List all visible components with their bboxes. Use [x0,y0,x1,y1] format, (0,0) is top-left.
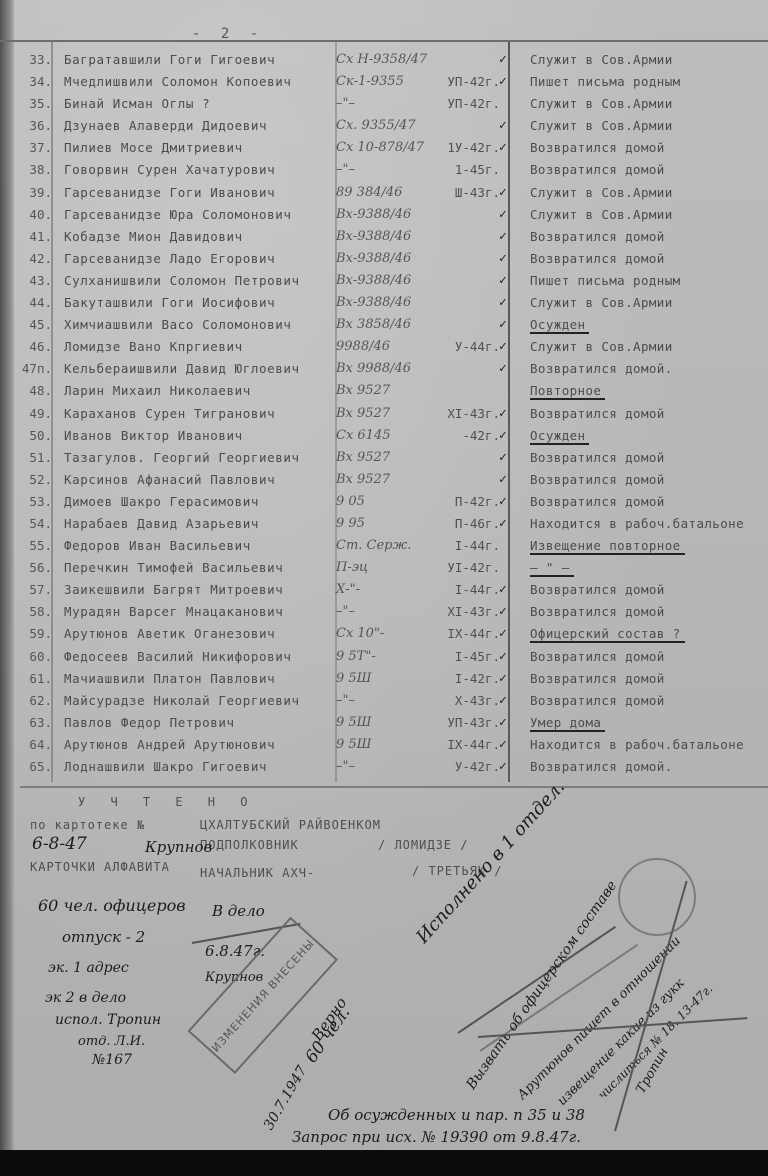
table-row: 39.Гарсеванидзе Гоги Иванович89 384/46Ш-… [0,185,768,207]
note-line-1: 60 чел. офицеров [38,896,186,915]
person-status: Повторное [530,383,605,400]
check-mark-icon: ✓ [499,339,507,354]
handwritten-reference: 9 5Т"- [336,649,376,664]
handwritten-reference: 9 5Ш [336,737,372,752]
check-mark-icon: ✓ [499,450,507,465]
record-date: П-46г. [418,516,500,531]
person-status: Служит в Сов.Армии [530,52,673,67]
check-mark-icon: ✓ [499,52,507,67]
person-name: Ларин Михаил Николаевич [64,383,251,398]
record-date: УП-43г. [418,715,500,730]
person-status: Служит в Сов.Армии [530,185,673,200]
handwritten-reference: –"– [336,96,355,111]
person-name: Майсурадзе Николай Георгиевич [64,693,300,708]
person-status: Извещение повторное [530,538,685,555]
check-mark-icon: ✓ [499,737,507,752]
table-row: 57.Заикешвили Багрят МитроевичХ-"-I-44г.… [0,582,768,604]
table-row: 52.Карсинов Афанасий ПавловичВх 9527✓Воз… [0,472,768,494]
row-number: 57. [18,582,52,597]
handwritten-reference: –"– [336,604,355,619]
check-mark-icon: ✓ [499,582,507,597]
person-name: Караханов Сурен Тигранович [64,406,275,421]
person-status: Возвратился домой [530,406,665,421]
person-status: Пишет письма родным [530,273,681,288]
person-name: Говорвин Сурен Хачатурович [64,162,275,177]
handwritten-date: 6-8-47 [32,834,87,854]
record-date: IХ-44г. [418,626,500,641]
ispolneno-note: Исполнено в 1 отдел. [412,777,569,948]
note-line-4: эк 2 в дело [45,990,126,1006]
handwritten-reference: Ст. Серж. [336,538,411,553]
table-row: 43.Сулханишвили Соломон ПетровичВх-9388/… [0,273,768,295]
table-row: 44.Бакуташвили Гоги ИосифовичВх-9388/46✓… [0,295,768,317]
row-number: 54. [18,516,52,531]
person-status: Возвратился домой [530,604,665,619]
person-name: Заикешвили Багрят Митроевич [64,582,283,597]
row-number: 64. [18,737,52,752]
person-status: Осужден [530,317,589,334]
person-name: Федоров Иван Васильевич [64,538,251,553]
row-number: 59. [18,626,52,641]
person-name: Перечкин Тимофей Васильевич [64,560,283,575]
check-mark-icon: ✓ [499,626,507,641]
row-number: 51. [18,450,52,465]
person-name: Кельбераишвили Давид Юглоевич [64,361,300,376]
handwritten-reference: –"– [336,759,355,774]
check-mark-icon: ✓ [499,185,507,200]
round-stamp [618,858,696,936]
table-top-rule [0,40,768,42]
handwritten-reference: Ск-1-9355 [336,74,404,89]
handwritten-reference: –"– [336,693,355,708]
handwritten-reference: Х-"- [336,582,360,597]
v-delo-note: В дело [212,902,265,920]
person-name: Багратавшили Гоги Гигоевич [64,52,275,67]
check-mark-icon: ✓ [499,671,507,686]
row-number: 37. [18,140,52,155]
note-line-2: отпуск - 2 [62,928,145,946]
person-name: Бинай Исман Оглы ? [64,96,210,111]
person-status: Умер дома [530,715,605,732]
person-status: – " – [530,560,574,577]
person-status: Возвратился домой. [530,759,673,774]
row-number: 46. [18,339,52,354]
record-date: УП-42г. [418,96,500,111]
check-mark-icon: ✓ [499,361,507,376]
person-name: Лоднашвили Шакро Гигоевич [64,759,267,774]
table-row: 38.Говорвин Сурен Хачатурович–"–1-45г.Во… [0,162,768,184]
table-row: 63.Павлов Федор Петрович9 5ШУП-43г.✓Умер… [0,715,768,737]
row-number: 60. [18,649,52,664]
handwritten-reference: Вх 3858/46 [336,317,411,332]
record-date: Х-43г. [418,693,500,708]
check-mark-icon: ✓ [499,118,507,133]
row-number: 52. [18,472,52,487]
row-number: 35. [18,96,52,111]
table-row: 61.Мачиашвили Платон Павлович9 5ШI-42г.✓… [0,671,768,693]
check-mark-icon: ✓ [499,604,507,619]
handwritten-reference: П-эц [336,560,368,575]
handwritten-reference: Вх 9527 [336,383,390,398]
note-line-5: испол. Тропин [55,1012,161,1028]
person-status: Возвратился домой. [530,361,673,376]
check-mark-icon: ✓ [499,472,507,487]
row-number: 62. [18,693,52,708]
person-status: Пишет письма родным [530,74,681,89]
row-number: 65. [18,759,52,774]
table-row: 37.Пилиев Мосе ДмитриевичСх 10-878/471У-… [0,140,768,162]
row-number: 50. [18,428,52,443]
row-number: 40. [18,207,52,222]
person-status: Возвратился домой [530,494,665,509]
person-status: Служит в Сов.Армии [530,295,673,310]
person-name: Нарабаев Давид Азарьевич [64,516,259,531]
row-number: 63. [18,715,52,730]
table-row: 65.Лоднашвили Шакро Гигоевич–"–У-42г.✓Во… [0,759,768,781]
person-name: Гарсеванидзе Гоги Иванович [64,185,275,200]
handwritten-signature: Крупнов [145,838,212,856]
table-row: 34.Мчедлишвили Соломон КопоевичСк-1-9355… [0,74,768,96]
check-mark-icon: ✓ [499,295,507,310]
person-status: Возвратился домой [530,251,665,266]
row-number: 34. [18,74,52,89]
table-row: 35.Бинай Исман Оглы ?–"–УП-42г.Служит в … [0,96,768,118]
handwritten-reference: Вх-9388/46 [336,295,411,310]
row-number: 48. [18,383,52,398]
person-status: Офицерский состав ? [530,626,685,643]
table-row: 42.Гарсеванидзе Ладо ЕгоровичВх-9388/46✓… [0,251,768,273]
person-status: Осужден [530,428,589,445]
person-name: Кобадзе Мион Давидович [64,229,243,244]
person-name: Химчиашвили Васо Соломонович [64,317,292,332]
person-name: Дзунаев Алаверди Дидоевич [64,118,267,133]
person-name: Павлов Федор Петрович [64,715,235,730]
handwritten-reference: 89 384/46 [336,185,402,200]
note-line-3: эк. 1 адрес [48,960,129,976]
handwritten-reference: Сх 6145 [336,428,391,443]
record-date: 1-45г. [418,162,500,177]
table-row: 56.Перечкин Тимофей ВасильевичП-эцУI-42г… [0,560,768,582]
person-name: Сулханишвили Соломон Петрович [64,273,300,288]
record-date: 1У-42г. [418,140,500,155]
person-status: Служит в Сов.Армии [530,96,673,111]
row-number: 58. [18,604,52,619]
person-status: Возвратился домой [530,140,665,155]
person-name: Бакуташвили Гоги Иосифович [64,295,275,310]
table-row: 49.Караханов Сурен ТиграновичВх 9527ХI-4… [0,406,768,428]
table-row: 40.Гарсеванидзе Юра СоломоновичВх-9388/4… [0,207,768,229]
bottom-note-1: Об осужденных и пар. п 35 и 38 [328,1106,585,1124]
check-mark-icon: ✓ [499,229,507,244]
record-date: УI-42г. [418,560,500,575]
check-mark-icon: ✓ [499,251,507,266]
table-row: 41.Кобадзе Мион ДавидовичВх-9388/46✓Возв… [0,229,768,251]
handwritten-reference: Вх-9388/46 [336,229,411,244]
table-row: 33.Багратавшили Гоги ГигоевичСх Н-9358/4… [0,52,768,74]
table-row: 50.Иванов Виктор ИвановичСх 6145-42г.✓Ос… [0,428,768,450]
check-mark-icon: ✓ [499,516,507,531]
handwritten-reference: –"– [336,162,355,177]
row-number: 49. [18,406,52,421]
table-row: 45.Химчиашвили Васо СоломоновичВх 3858/4… [0,317,768,339]
person-status: Возвратился домой [530,582,665,597]
table-row: 47п.Кельбераишвили Давид ЮглоевичВх 9988… [0,361,768,383]
person-status: Находится в рабоч.батальоне [530,737,744,752]
person-name: Арутюнов Андрей Арутюнович [64,737,275,752]
table-row: 53.Димоев Шакро Герасимович9 05П-42г.✓Во… [0,494,768,516]
check-mark-icon: ✓ [499,428,507,443]
row-number: 38. [18,162,52,177]
record-date: УП-42г. [418,74,500,89]
row-number: 43. [18,273,52,288]
person-name: Мурадян Варсег Мнацаканович [64,604,283,619]
archival-document-page: - 2 - 33.Багратавшили Гоги ГигоевичСх Н-… [0,0,768,1176]
person-status: Возвратился домой [530,649,665,664]
check-mark-icon: ✓ [499,207,507,222]
table-row: 62.Майсурадзе Николай Георгиевич–"–Х-43г… [0,693,768,715]
check-mark-icon: ✓ [499,715,507,730]
handwritten-reference: Сх 10-878/47 [336,140,424,155]
note-line-6: отд. Л.И. [78,1034,145,1049]
row-number: 45. [18,317,52,332]
person-status: Служит в Сов.Армии [530,118,673,133]
person-name: Мчедлишвили Соломон Копоевич [64,74,292,89]
handwritten-reference: Сх 10"- [336,626,384,641]
personnel-table: 33.Багратавшили Гоги ГигоевичСх Н-9358/4… [0,52,768,781]
record-date: Ш-43г. [418,185,500,200]
voenkom-name: / ЛОМИДЗЕ / [378,838,468,852]
record-date: П-42г. [418,494,500,509]
table-row: 55.Федоров Иван ВасильевичСт. Серж.I-44г… [0,538,768,560]
person-name: Тазагулов. Георгий Георгиевич [64,450,300,465]
row-number: 41. [18,229,52,244]
handwritten-reference: Вх 9527 [336,406,390,421]
check-mark-icon: ✓ [499,649,507,664]
record-date: -42г. [418,428,500,443]
person-name: Карсинов Афанасий Павлович [64,472,275,487]
voenkom-rank: ПОДПОЛКОВНИК [200,838,299,852]
record-date: У-42г. [418,759,500,774]
table-row: 59.Арутюнов Аветик ОганезовичСх 10"-IХ-4… [0,626,768,648]
handwritten-reference: Вх-9388/46 [336,207,411,222]
person-status: Возвратился домой [530,162,665,177]
record-date: I-44г. [418,582,500,597]
table-row: 58.Мурадян Варсег Мнацаканович–"–ХI-43г.… [0,604,768,626]
table-row: 48.Ларин Михаил НиколаевичВх 9527Повторн… [0,383,768,405]
check-mark-icon: ✓ [499,759,507,774]
record-date: У-44г. [418,339,500,354]
handwritten-reference: Вх 9988/46 [336,361,411,376]
check-mark-icon: ✓ [499,74,507,89]
record-date: ХI-43г. [418,604,500,619]
handwritten-reference: 9 5Ш [336,715,372,730]
row-number: 36. [18,118,52,133]
row-number: 39. [18,185,52,200]
record-date: ХI-43г. [418,406,500,421]
handwritten-reference: Вх 9527 [336,472,390,487]
note-line-7: №167 [92,1052,132,1068]
check-mark-icon: ✓ [499,273,507,288]
stamp-date: 30.7.1947 [261,1063,310,1133]
person-name: Мачиашвили Платон Павлович [64,671,275,686]
check-mark-icon: ✓ [499,494,507,509]
table-row: 64.Арутюнов Андрей Арутюнович9 5ШIХ-44г.… [0,737,768,759]
table-row: 51.Тазагулов. Георгий ГеоргиевичВх 9527✓… [0,450,768,472]
scan-bottom-edge [0,1150,768,1176]
person-name: Арутюнов Аветик Оганезович [64,626,275,641]
person-name: Гарсеванидзе Юра Соломонович [64,207,292,222]
person-status: Возвратился домой [530,472,665,487]
handwritten-reference: 9 5Ш [336,671,372,686]
person-status: Возвратился домой [530,450,665,465]
record-date: IХ-44г. [418,737,500,752]
uchteno-label: У Ч Т Е Н О [78,795,256,809]
record-date: I-44г. [418,538,500,553]
row-number: 56. [18,560,52,575]
kartochki-label: КАРТОЧКИ АЛФАВИТА [30,860,170,874]
row-number: 61. [18,671,52,686]
bottom-note-2: Запрос при исх. № 19390 от 9.8.47г. [292,1128,581,1146]
person-status: Возвратился домой [530,671,665,686]
table-row: 54.Нарабаев Давид Азарьевич9 95П-46г.✓На… [0,516,768,538]
record-date: I-42г. [418,671,500,686]
table-bottom-rule [20,786,768,788]
handwritten-reference: 9988/46 [336,339,390,354]
row-number: 42. [18,251,52,266]
check-mark-icon: ✓ [499,693,507,708]
row-number: 53. [18,494,52,509]
row-number: 44. [18,295,52,310]
handwritten-reference: Вх 9527 [336,450,390,465]
po-kartochke-label: по картотеке № [30,818,145,832]
record-date: I-45г. [418,649,500,664]
handwritten-reference: 9 05 [336,494,365,509]
person-status: Служит в Сов.Армии [530,207,673,222]
check-mark-icon: ✓ [499,406,507,421]
table-row: 60.Федосеев Василий Никифорович9 5Т"-I-4… [0,649,768,671]
handwritten-reference: Сх Н-9358/47 [336,52,427,67]
axch-title: НАЧАЛЬНИК АХЧ- [200,866,315,880]
person-name: Димоев Шакро Герасимович [64,494,259,509]
handwritten-reference: 9 95 [336,516,365,531]
table-row: 36.Дзунаев Алаверди ДидоевичСх. 9355/47✓… [0,118,768,140]
person-name: Гарсеванидзе Ладо Егорович [64,251,275,266]
row-number: 55. [18,538,52,553]
person-name: Иванов Виктор Иванович [64,428,243,443]
vyzov-line-2: Арутюнов пишет в отношении [515,934,684,1103]
person-status: Находится в рабоч.батальоне [530,516,744,531]
handwritten-reference: Вх-9388/46 [336,273,411,288]
row-number: 47п. [18,361,52,376]
person-status: Возвратился домой [530,229,665,244]
handwritten-reference: Сх. 9355/47 [336,118,416,133]
check-mark-icon: ✓ [499,317,507,332]
person-status: Служит в Сов.Армии [530,339,673,354]
person-name: Ломидзе Вано Кпргиевич [64,339,243,354]
voenkom-title: ЦХАЛТУБСКИЙ РАЙВОЕНКОМ [200,818,381,832]
person-status: Возвратился домой [530,693,665,708]
row-number: 33. [18,52,52,67]
check-mark-icon: ✓ [499,140,507,155]
person-name: Пилиев Мосе Дмитриевич [64,140,243,155]
person-name: Федосеев Василий Никифорович [64,649,292,664]
handwritten-reference: Вх-9388/46 [336,251,411,266]
table-row: 46.Ломидзе Вано Кпргиевич9988/46У-44г.✓С… [0,339,768,361]
